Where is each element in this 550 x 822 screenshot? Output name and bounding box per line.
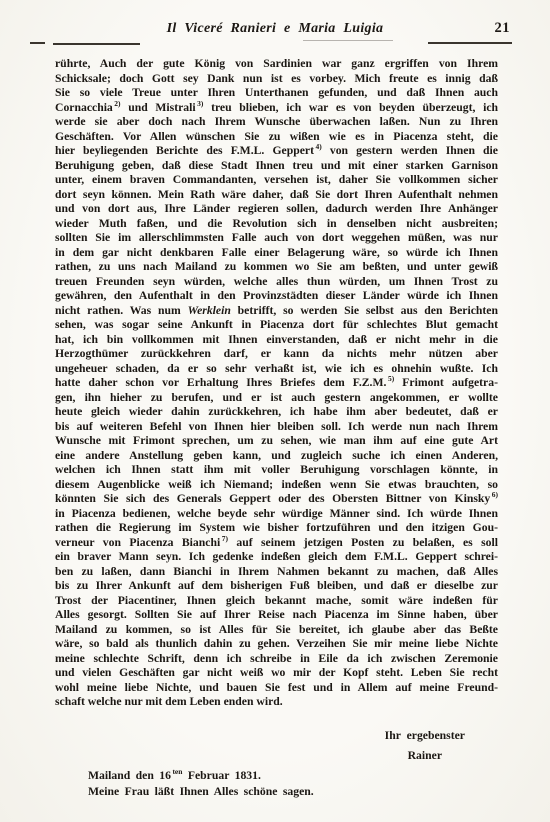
text-line: Schicksale; doch Gott sey Dank nun ist e… [55, 72, 498, 87]
text-line: hatte daher schon vor Erhaltung Ihres Br… [55, 376, 498, 391]
text-line: Beruhigung geben, daß diese Stadt Ihnen … [55, 159, 498, 174]
text-line: ungeheuer schaden, da er so sehr verhaßt… [55, 362, 498, 377]
header-rule-right [428, 42, 512, 44]
header-rule-left-short [30, 42, 45, 44]
book-page: Il Viceré Ranieri e Maria Luigia 21 rühr… [0, 0, 550, 822]
header-underline-artifact [303, 40, 393, 41]
text-line: rathen die Regierung im System wie bishe… [55, 521, 498, 536]
text-line: heute gleich wieder dahin zurückkehren, … [55, 405, 498, 420]
page-title: Il Viceré Ranieri e Maria Luigia [0, 21, 550, 37]
signature-block: Ihr ergebenster Rainer [385, 726, 465, 766]
text-line: schaft welche nur mit dem Leben enden wi… [55, 695, 498, 710]
text-line: bis auf weiteren Befehl von Ihnen hier b… [55, 420, 498, 435]
text-line: Alles gesorgt. Sollten Sie auf Ihrer Rei… [55, 608, 498, 623]
text-line: könnten Sie sich des Generals Geppert od… [55, 492, 498, 507]
text-line: gen, ihn hieher zu berufen, und er ist a… [55, 391, 498, 406]
text-line: eine andere Anstellung geben kann, und z… [55, 449, 498, 464]
text-line: wohl meine liebe Nichte, und bauen Sie f… [55, 681, 498, 696]
text-line: sehen, was sogar seine Ankunft in Piacen… [55, 318, 498, 333]
page-number: 21 [495, 20, 511, 37]
text-line: und von dort aus, Ihre Länder regieren s… [55, 202, 498, 217]
text-line: wäre, so bald als thunlich dahin zu gehe… [55, 637, 498, 652]
text-line: Trost der Piacentiner, Ihnen gleich beka… [55, 594, 498, 609]
text-line: rathen, zu uns nach Mailand zu kommen wo… [55, 260, 498, 275]
letter-footer: Mailand den 16ten Februar 1831. Meine Fr… [88, 768, 314, 799]
text-line: meine schlechte Schrift, denn ich schrei… [55, 652, 498, 667]
text-line: verneur von Piacenza Bianchi7) auf seine… [55, 536, 498, 551]
date-line: Mailand den 16ten Februar 1831. [88, 768, 314, 784]
text-line: in Piacenza bedienen, welche beyde sehr … [55, 507, 498, 522]
text-line: diesem Augenblicke weiß ich Niemand; ind… [55, 478, 498, 493]
text-line: ein braver Mann seyn. Ich gedenke indeße… [55, 550, 498, 565]
text-line: ben zu laßen, dann Bianchi in Ihrem Nahm… [55, 565, 498, 580]
header-rule-left-long [53, 43, 140, 45]
text-line: hier beyliegenden Berichte des F.M.L. Ge… [55, 144, 498, 159]
postscript-line: Meine Frau läßt Ihnen Alles schöne sagen… [88, 784, 314, 800]
text-line: dort seyn können. Mein Rath wäre daher, … [55, 188, 498, 203]
text-line: sollten Sie im allerschlimmsten Falle au… [55, 231, 498, 246]
text-line: Herzogthümer zurückkehren darf, er kann … [55, 347, 498, 362]
text-line: Mailand zu kommen, so ist Alles für Sie … [55, 623, 498, 638]
signature-closing: Ihr ergebenster [385, 726, 465, 746]
text-line: Cornacchia2) und Mistrali3) treu blieben… [55, 101, 498, 116]
running-header: Il Viceré Ranieri e Maria Luigia 21 [0, 0, 550, 50]
text-line: in dem gar nicht denkbaren Falle einer B… [55, 246, 498, 261]
text-line: rührte, Auch der gute König von Sardinie… [55, 57, 498, 72]
text-line: Wunsche mit Frimont sprechen, um zu sehe… [55, 434, 498, 449]
text-line: und vielen Geschäften gar nicht weiß wo … [55, 666, 498, 681]
text-line: gewähren, den Aufenthalt in den Provinzs… [55, 289, 498, 304]
text-line: unter, einem braven Commandanten, verseh… [55, 173, 498, 188]
text-line: bis zu Ihrer Ankunft auf dem bisherigen … [55, 579, 498, 594]
text-line: welchen ich Ihnen statt ihm mit voller B… [55, 463, 498, 478]
text-line: hat, ich bin vollkommen mit Ihnen einver… [55, 333, 498, 348]
text-line: treuen Freunden seyn würden, welche alle… [55, 275, 498, 290]
letter-body: rührte, Auch der gute König von Sardinie… [55, 57, 498, 710]
text-line: nicht rathen. Was num Werklein betrifft,… [55, 304, 498, 319]
text-line: wieder Muth faßen, und die Revolution si… [55, 217, 498, 232]
signature-name: Rainer [385, 746, 465, 766]
text-line: Geschäften. Vor Allen wünschen Sie zu wi… [55, 130, 498, 145]
text-line: werde sie aber doch nach Ihrem Wunsche ü… [55, 115, 498, 130]
text-line: Sie so viele Treue unter Ihren Unterthan… [55, 86, 498, 101]
